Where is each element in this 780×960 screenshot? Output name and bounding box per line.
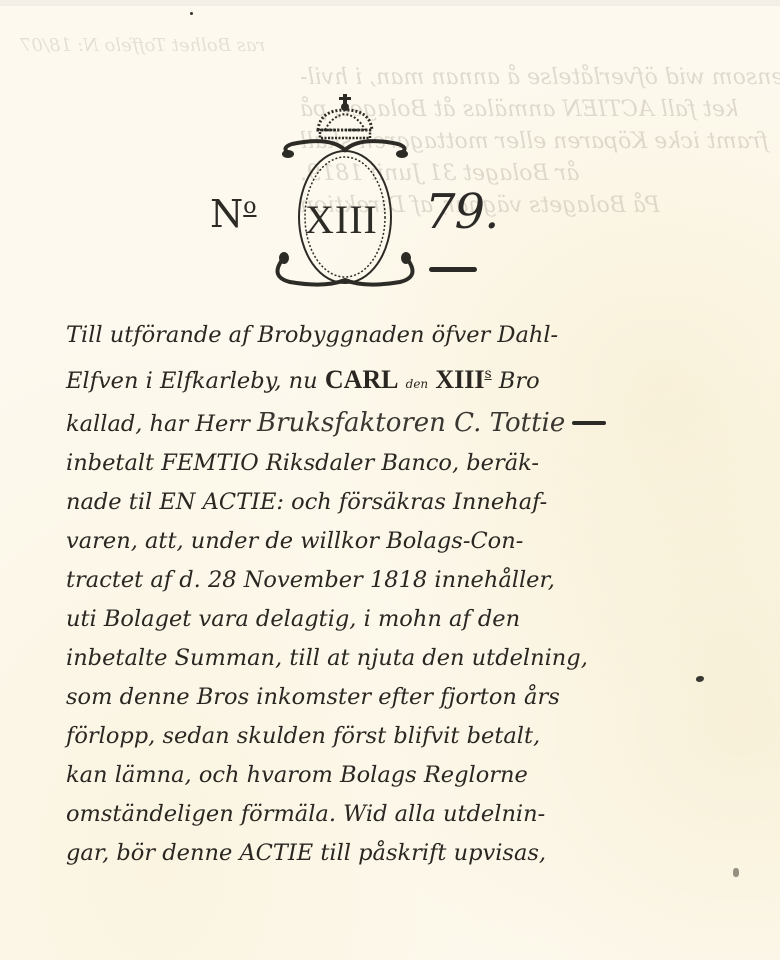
body-line-7: tractet af d. 28 November 1818 innehålle… [66, 561, 626, 600]
serial-flourish [429, 267, 477, 272]
body-line-6: varen, att, under de willkor Bolags-Con- [66, 522, 626, 561]
body-line-13: omständeligen förmäla. Wid alla utdelnin… [66, 795, 626, 834]
body-line-10: som denne Bros inkomster efter fjorton å… [66, 678, 626, 717]
body-line-14: gar, bör denne ACTIE till påskrift upvis… [66, 834, 626, 873]
body-line-1: Till utförande af Brobyggnaden öfver Dah… [66, 316, 626, 355]
certificate-body: Till utförande af Brobyggnaden öfver Dah… [66, 316, 626, 873]
body-line-3: kallad, har Herr Bruksfaktoren C. Tottie [66, 404, 626, 444]
ink-dot [190, 12, 193, 15]
name-flourish [572, 421, 606, 425]
body-line-9: inbetalte Summan, till at njuta den utde… [66, 639, 626, 678]
handwritten-holder-name: Bruksfaktoren C. Tottie [257, 408, 565, 438]
ink-spot [733, 868, 739, 877]
monogram-roman-numeral: XIII [305, 196, 378, 243]
body-line-12: kan lämna, och hvarom Bolags Reglorne [66, 756, 626, 795]
bleed-through-header: ras Bolhet Toffelo N: 18/07 [20, 30, 265, 62]
certificate-header: No XIII 79. [190, 92, 530, 292]
numero-label: No [210, 192, 257, 236]
body-line-8: uti Bolaget vara delagtig, i mohn af den [66, 600, 626, 639]
serial-number: 79. [425, 184, 530, 296]
body-line-4: inbetalt FEMTIO Riksdaler Banco, beräk- [66, 444, 626, 483]
scan-edge [0, 0, 780, 6]
body-line-5: nade til EN ACTIE: och försäkras Innehaf… [66, 483, 626, 522]
crowned-monogram-icon [270, 92, 420, 292]
body-line-11: förlopp, sedan skulden först blifvit bet… [66, 717, 626, 756]
body-line-2: Elfven i Elfkarleby, nu CARL den XIIIs B… [66, 355, 626, 404]
